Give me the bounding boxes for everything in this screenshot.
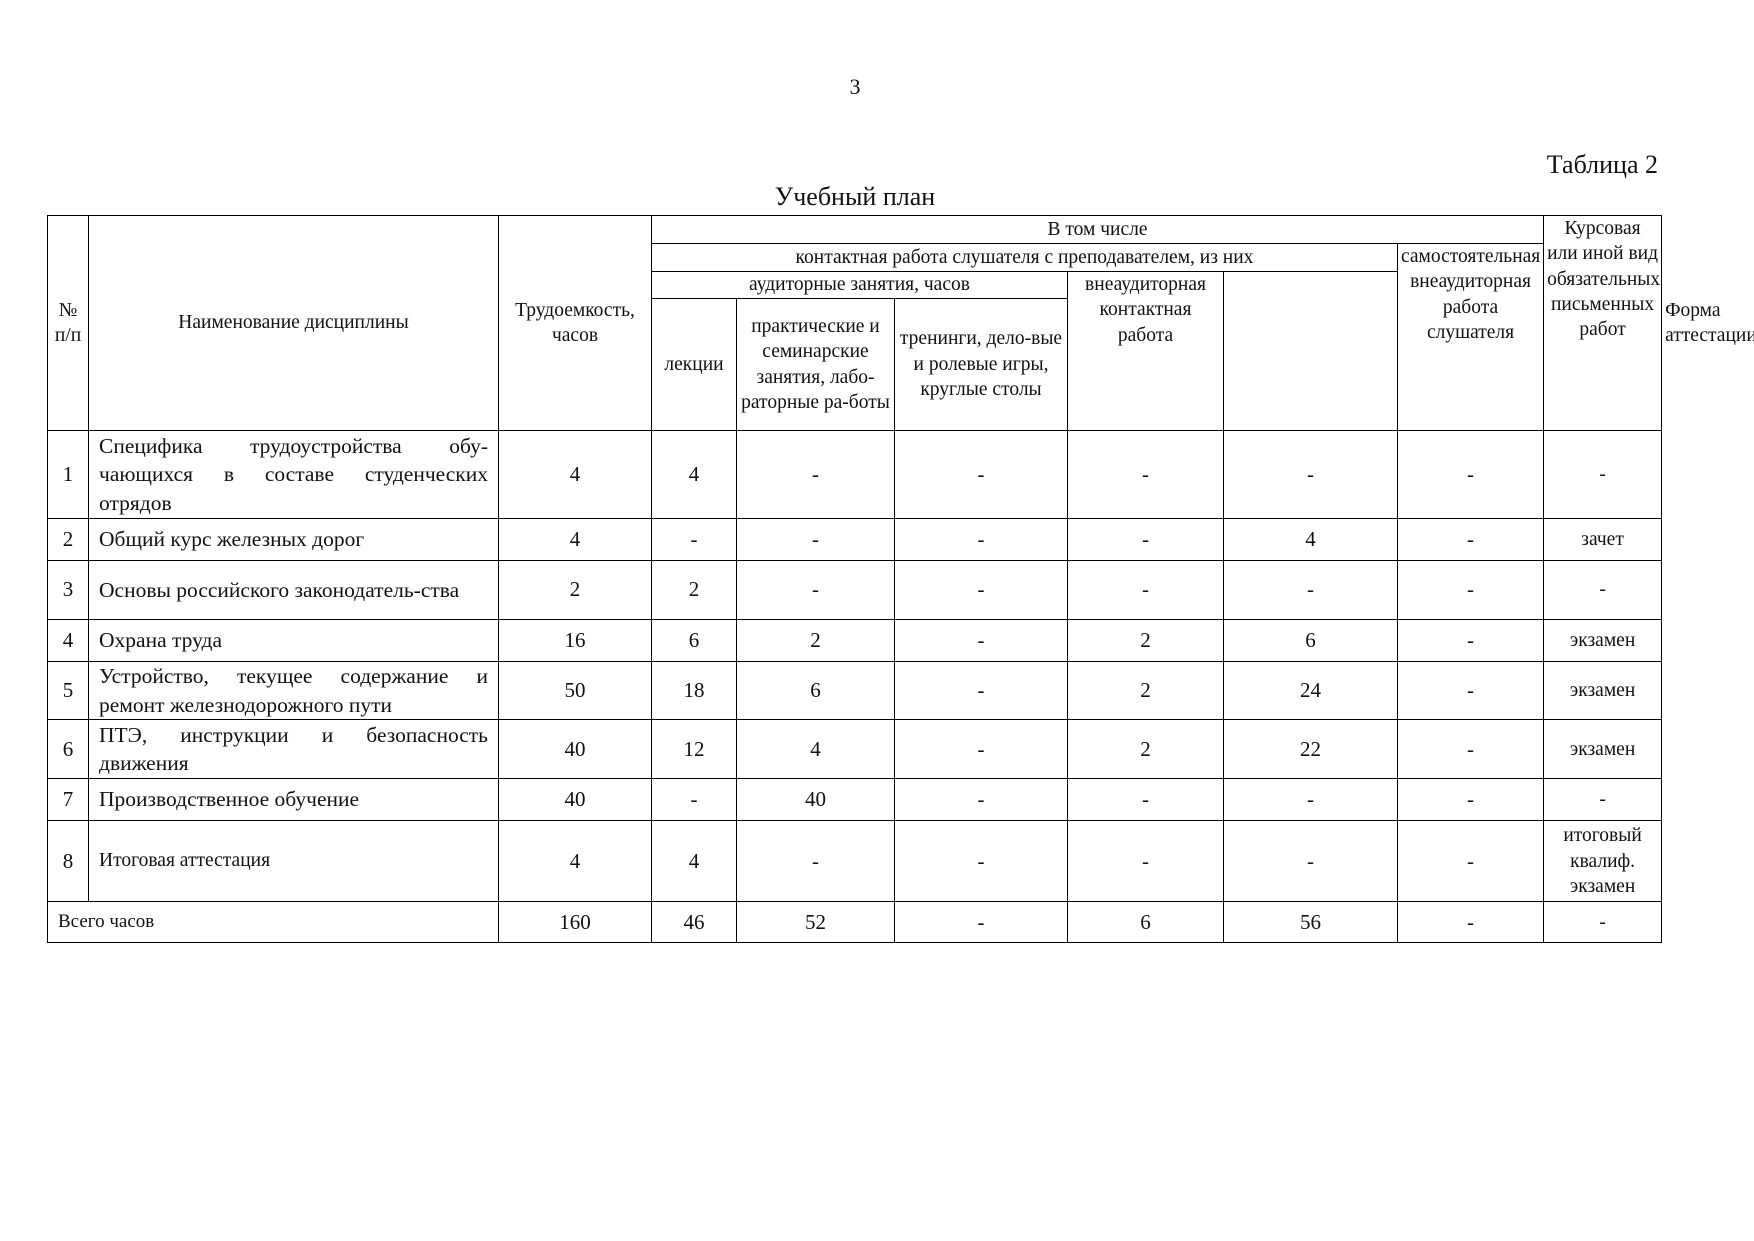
cell-lectures: - (652, 519, 737, 561)
row-number: 8 (48, 821, 89, 902)
cell-extra-contact: - (1068, 821, 1224, 902)
discipline-name: Производственное обучение (89, 779, 499, 821)
cell-lectures: 2 (652, 561, 737, 620)
cell-labor: 40 (499, 720, 652, 779)
cell-independent: - (1224, 779, 1398, 821)
cell-trainings: - (895, 519, 1068, 561)
cell-form: экзамен (1544, 720, 1662, 779)
header-coursework: Курсовая или иной вид обязательных письм… (1544, 216, 1662, 431)
cell-lectures: 4 (652, 431, 737, 519)
total-coursework: - (1398, 902, 1544, 943)
header-practical: практические и семинарские занятия, лабо… (737, 299, 895, 431)
table-row: 4Охрана труда1662-26-экзамен (48, 620, 1662, 662)
cell-extra-contact: - (1068, 431, 1224, 519)
cell-labor: 16 (499, 620, 652, 662)
cell-independent: - (1224, 821, 1398, 902)
row-number: 7 (48, 779, 89, 821)
cell-coursework: - (1398, 821, 1544, 902)
cell-coursework: - (1398, 431, 1544, 519)
header-name: Наименование дисциплины (89, 216, 499, 431)
header-num: № п/п (48, 216, 89, 431)
cell-extra-contact: 2 (1068, 662, 1224, 720)
total-row: Всего часов1604652-656-- (48, 902, 1662, 943)
discipline-name: Устройство, текущее содержание и ремонт … (89, 662, 499, 720)
cell-independent: - (1224, 561, 1398, 620)
cell-practical: - (737, 561, 895, 620)
cell-labor: 2 (499, 561, 652, 620)
cell-coursework: - (1398, 519, 1544, 561)
cell-lectures: 18 (652, 662, 737, 720)
cell-practical: 40 (737, 779, 895, 821)
cell-trainings: - (895, 431, 1068, 519)
cell-extra-contact: 2 (1068, 720, 1224, 779)
table-row: 8Итоговая аттестация44-----итоговый квал… (48, 821, 1662, 902)
cell-trainings: - (895, 821, 1068, 902)
cell-lectures: 12 (652, 720, 737, 779)
cell-coursework: - (1398, 779, 1544, 821)
row-number: 6 (48, 720, 89, 779)
cell-labor: 4 (499, 821, 652, 902)
header-classroom: аудиторные занятия, часов (652, 272, 1068, 299)
cell-form: итоговый квалиф. экзамен (1544, 821, 1662, 902)
cell-independent: 4 (1224, 519, 1398, 561)
cell-trainings: - (895, 662, 1068, 720)
total-form: - (1544, 902, 1662, 943)
table-row: 7Производственное обучение40-40----- (48, 779, 1662, 821)
cell-coursework: - (1398, 720, 1544, 779)
table-row: 2Общий курс железных дорог4----4-зачет (48, 519, 1662, 561)
cell-lectures: - (652, 779, 737, 821)
discipline-name: Общий курс железных дорог (89, 519, 499, 561)
cell-coursework: - (1398, 662, 1544, 720)
total-labor: 160 (499, 902, 652, 943)
row-number: 4 (48, 620, 89, 662)
total-independent: 56 (1224, 902, 1398, 943)
cell-independent: - (1224, 431, 1398, 519)
cell-form: - (1544, 431, 1662, 519)
cell-practical: 4 (737, 720, 895, 779)
cell-form: - (1544, 779, 1662, 821)
cell-trainings: - (895, 620, 1068, 662)
cell-trainings: - (895, 779, 1068, 821)
cell-form: - (1544, 561, 1662, 620)
header-contact-work: контактная работа слушателя с преподават… (652, 244, 1398, 272)
table-title: Учебный план (0, 182, 1710, 212)
cell-practical: 2 (737, 620, 895, 662)
discipline-name: Основы российского законодатель-ства (89, 561, 499, 620)
cell-labor: 50 (499, 662, 652, 720)
row-number: 1 (48, 431, 89, 519)
header-trainings: тренинги, дело-вые и ролевые игры, кругл… (895, 299, 1068, 431)
cell-lectures: 6 (652, 620, 737, 662)
cell-independent: 24 (1224, 662, 1398, 720)
cell-coursework: - (1398, 561, 1544, 620)
cell-independent: 6 (1224, 620, 1398, 662)
table-row: 1Специфика трудоустройства обу-чающихся … (48, 431, 1662, 519)
cell-extra-contact: - (1068, 779, 1224, 821)
cell-labor: 4 (499, 519, 652, 561)
header-labor: Трудоемкость, часов (499, 216, 652, 431)
cell-extra-contact: - (1068, 561, 1224, 620)
curriculum-table: № п/п Наименование дисциплины Трудоемкос… (47, 215, 1662, 943)
discipline-name: Охрана труда (89, 620, 499, 662)
cell-coursework: - (1398, 620, 1544, 662)
cell-independent: 22 (1224, 720, 1398, 779)
cell-extra-contact: 2 (1068, 620, 1224, 662)
row-number: 3 (48, 561, 89, 620)
discipline-name: Специфика трудоустройства обу-чающихся в… (89, 431, 499, 519)
table-row: 6ПТЭ, инструкции и безопасность движения… (48, 720, 1662, 779)
header-extra-contact: внеаудиторная контактная работа (1068, 272, 1224, 431)
cell-lectures: 4 (652, 821, 737, 902)
cell-form: экзамен (1544, 662, 1662, 720)
cell-labor: 4 (499, 431, 652, 519)
total-trainings: - (895, 902, 1068, 943)
cell-form: экзамен (1544, 620, 1662, 662)
table-row: 5Устройство, текущее содержание и ремонт… (48, 662, 1662, 720)
cell-extra-contact: - (1068, 519, 1224, 561)
cell-labor: 40 (499, 779, 652, 821)
discipline-name: ПТЭ, инструкции и безопасность движения (89, 720, 499, 779)
header-including: В том числе (652, 216, 1544, 244)
cell-trainings: - (895, 720, 1068, 779)
page-number: 3 (0, 74, 1710, 100)
total-lectures: 46 (652, 902, 737, 943)
cell-practical: - (737, 821, 895, 902)
cell-practical: 6 (737, 662, 895, 720)
row-number: 5 (48, 662, 89, 720)
total-extra-contact: 6 (1068, 902, 1224, 943)
table-label: Таблица 2 (1547, 150, 1658, 180)
table-row: 3Основы российского законодатель-ства22-… (48, 561, 1662, 620)
cell-practical: - (737, 519, 895, 561)
total-label: Всего часов (48, 902, 499, 943)
cell-practical: - (737, 431, 895, 519)
row-number: 2 (48, 519, 89, 561)
cell-form: зачет (1544, 519, 1662, 561)
header-independent: самостоятельная внеаудиторная работа слу… (1398, 244, 1544, 431)
cell-trainings: - (895, 561, 1068, 620)
total-practical: 52 (737, 902, 895, 943)
discipline-name: Итоговая аттестация (89, 821, 499, 902)
header-lectures: лекции (652, 299, 737, 431)
